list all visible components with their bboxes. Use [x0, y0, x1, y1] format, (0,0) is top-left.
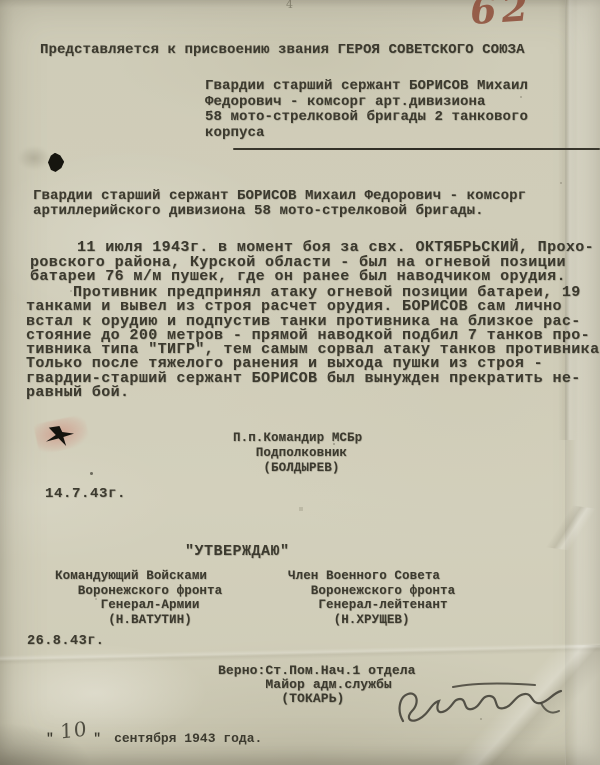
document-title: Представляется к присвоению звания ГЕРОЯ… [40, 43, 525, 58]
handwritten-page-number: 62 [469, 0, 535, 33]
paragraph-intro: Гвардии старший сержант БОРИСОВ Михаил Ф… [33, 189, 526, 219]
date-second: 26.8.43г. [27, 634, 104, 649]
ink-dot [90, 472, 93, 475]
subject-block: Гвардии старший сержант БОРИСОВ Михаил Ф… [205, 79, 528, 141]
faint-pencil-mark: 4 [286, 0, 293, 11]
signature-tokar-handwritten [393, 681, 571, 729]
paragraph-feat: Противник предпринял атаку огневой позиц… [26, 286, 600, 400]
bottom-date-line: "10"сентября 1943 года. [46, 723, 262, 747]
document-page: 62 4 Представляется к присвоению звания … [0, 0, 600, 765]
approver-left-block: Командующий Войсками Воронежского фронта… [55, 569, 222, 627]
certify-block: Верно:Ст.Пом.Нач.1 отдела Майор адм.служ… [218, 664, 416, 707]
date-first: 14.7.43г. [45, 487, 126, 502]
bottom-date-text: сентября 1943 года. [114, 731, 262, 746]
commander-signature-block: П.п.Командир МСБр Подполковник (БОЛДЫРЕВ… [233, 431, 362, 476]
handwritten-day: 10 [60, 717, 88, 744]
ink-smudge-ghost [18, 146, 50, 170]
approve-heading: "УТВЕРЖДАЮ" [185, 544, 290, 559]
open-quote: " [46, 731, 54, 746]
close-quote: " [93, 731, 101, 746]
approver-right-block: Член Военного Совета Воронежского фронта… [288, 569, 455, 627]
divider-line [233, 148, 600, 150]
paper-speckles [0, 0, 2, 2]
paragraph-battle: 11 июля 1943г. в момент боя за свх. ОКТЯ… [30, 241, 594, 285]
right-crease [532, 501, 600, 555]
